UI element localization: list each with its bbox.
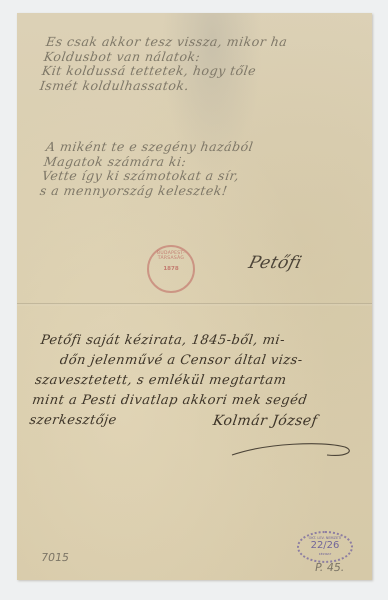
stamp-year: 1878	[149, 266, 193, 272]
annotation-signature: Kolmár József	[212, 411, 319, 431]
signature-flourish-icon	[227, 437, 357, 459]
pencil-catalog-number: 7015	[40, 551, 70, 564]
blue-oval-stamp: OKT. LEV. NEMZETI 22/26 KÉZIRAT	[297, 531, 353, 563]
annotation-line: dőn jelenművé a Censor által vizs-	[36, 351, 314, 371]
poem-line: Kit koldussá tettetek, hogy tőle	[41, 64, 284, 79]
poem-stanza-1: Es csak akkor tesz vissza, mikor ha Kold…	[39, 35, 288, 93]
annotation-line: Petőfi saját kézirata, 1845-ből, mi-	[39, 331, 317, 351]
stamp-bottom-text: KÉZIRAT	[299, 552, 351, 556]
annotation-line: szavesztetett, s emlékül megtartam	[34, 371, 312, 391]
poem-line: Magatok számára ki:	[43, 155, 252, 170]
poem-line: A miként te e szegény hazából	[45, 140, 254, 155]
pencil-page-number: P. 45.	[314, 561, 346, 574]
poem-line: s a mennyország kelesztek!	[39, 184, 248, 199]
stamp-ring-text: BUDAPEST-TÁRSASÁG	[149, 251, 193, 261]
page-fold-crease	[17, 303, 372, 306]
red-circular-stamp: BUDAPEST-TÁRSASÁG 1878	[147, 245, 195, 293]
manuscript-page: Es csak akkor tesz vissza, mikor ha Kold…	[17, 13, 372, 580]
poem-line: Koldusbot van nálatok:	[43, 50, 286, 65]
poem-line: Ismét koldulhassatok.	[39, 79, 282, 94]
annotation-line: mint a Pesti divatlap akkori mek segéd	[31, 391, 309, 411]
poem-line: Vette így ki számotokat a sír,	[41, 169, 250, 184]
poem-signature: Petőfi	[247, 253, 305, 273]
poem-line: Es csak akkor tesz vissza, mikor ha	[45, 35, 288, 50]
stamp-number: 22/26	[299, 540, 351, 551]
poem-stanza-2: A miként te e szegény hazából Magatok sz…	[39, 140, 254, 198]
